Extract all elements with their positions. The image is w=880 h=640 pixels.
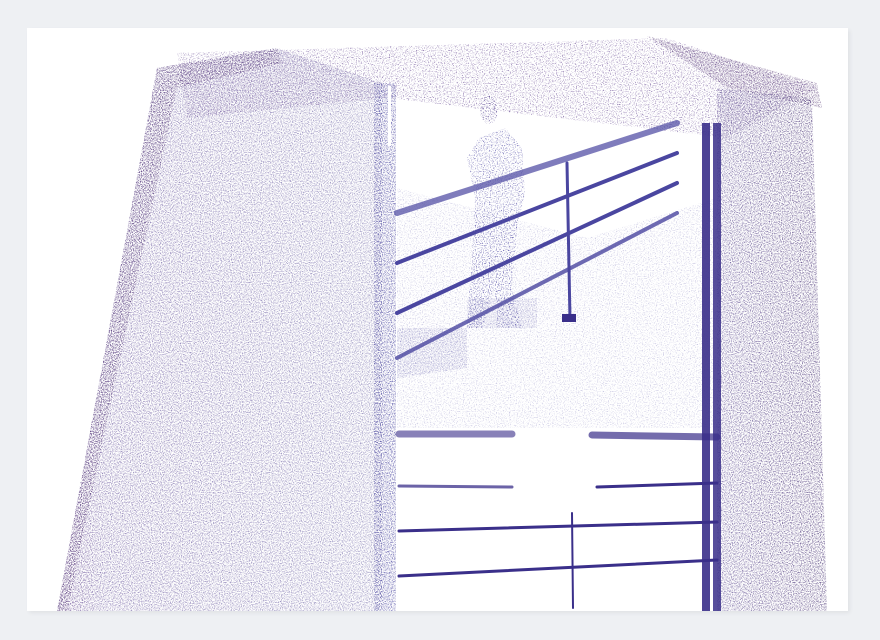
right-wall [717,88,827,611]
door-post-left [374,83,396,611]
stairs [397,188,717,428]
left-wall [57,48,382,611]
point-cloud-image [27,28,848,611]
foreground-railing [399,434,717,608]
stairwell-scene [27,28,848,611]
